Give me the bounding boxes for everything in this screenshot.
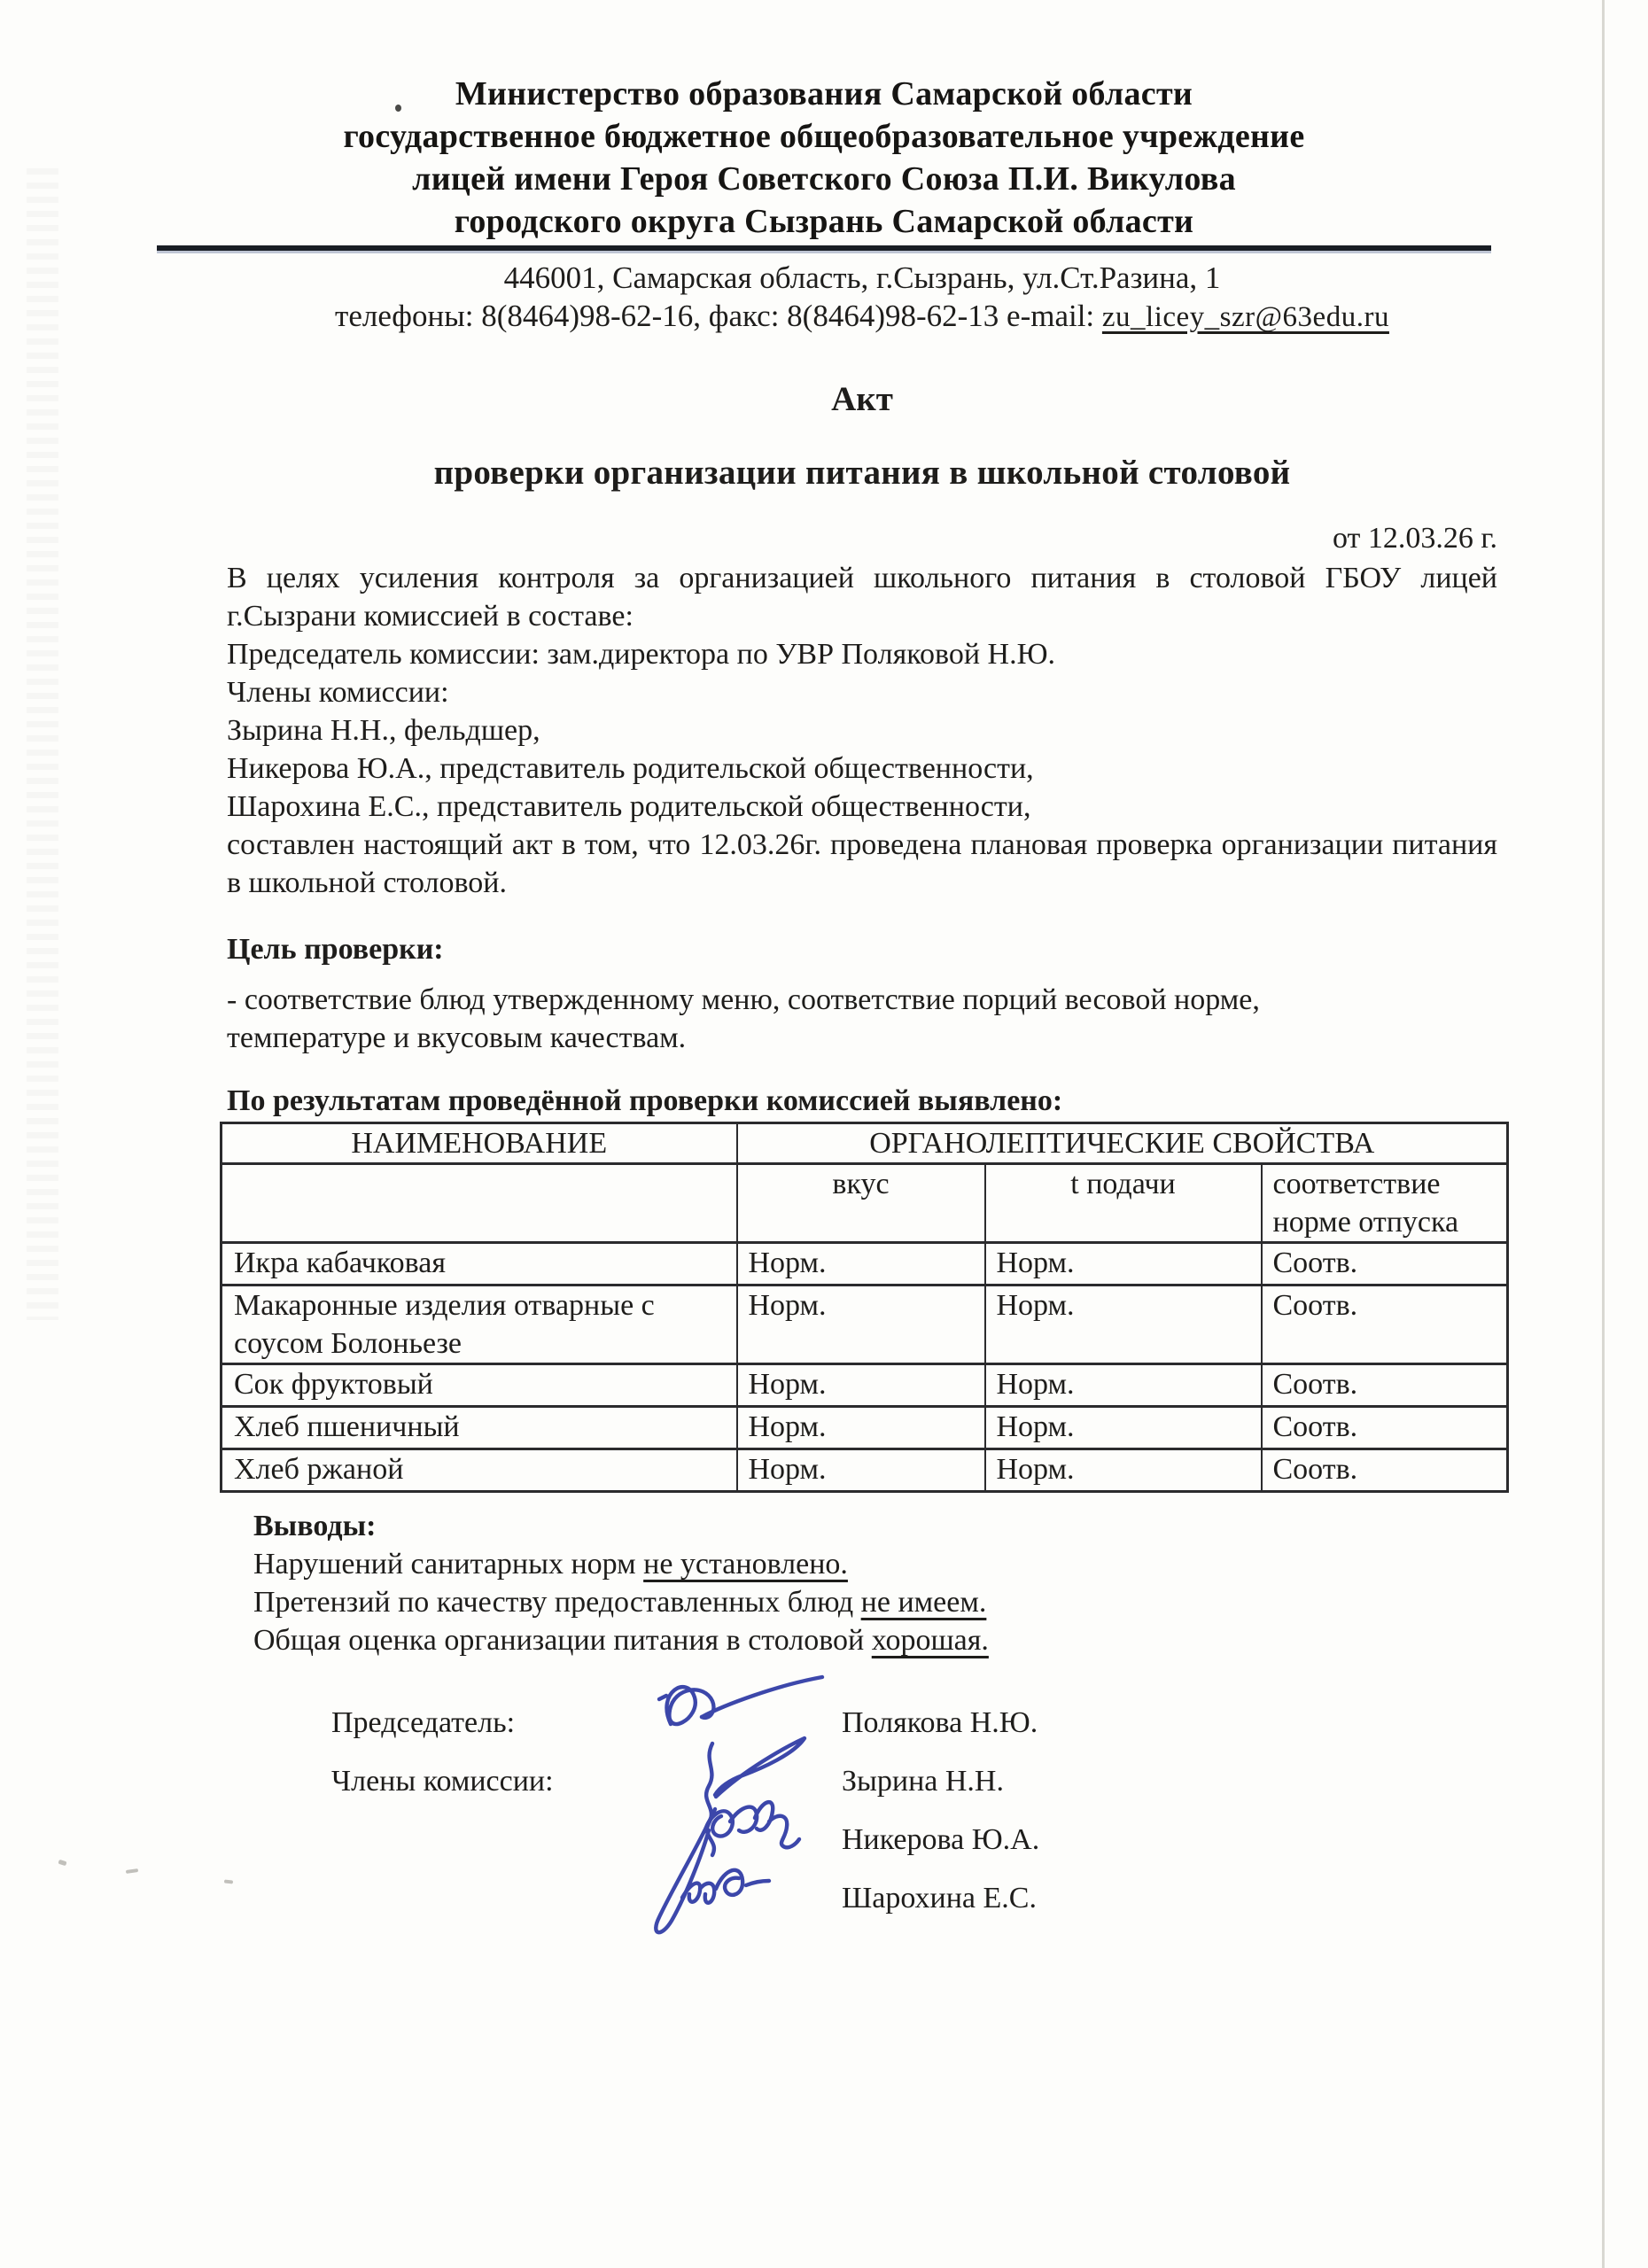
dish-name-cell: Макаронные изделия отварные с соусом Бол… xyxy=(222,1285,737,1364)
conclusions-heading: Выводы: xyxy=(253,1507,1497,1545)
signer-name: Шарохина Е.С. xyxy=(842,1879,1037,1917)
results-table: НАИМЕНОВАНИЕ ОРГАНОЛЕПТИЧЕСКИЕ СВОЙСТВА … xyxy=(220,1122,1509,1493)
intro-line: Члены комиссии: xyxy=(227,673,1497,711)
signer-name: Полякова Н.Ю. xyxy=(842,1704,1038,1742)
scan-smudge xyxy=(27,168,58,1320)
intro-line: В целях усиления контроля за организацие… xyxy=(227,559,1497,635)
conclusion-underlined: хорошая. xyxy=(872,1624,989,1657)
taste-cell: Норм. xyxy=(737,1449,985,1492)
conclusion-underlined: не установлено. xyxy=(643,1548,848,1581)
organization-name-block: Министерство образования Самарской облас… xyxy=(157,0,1491,243)
conclusion-text: Претензий по качеству предоставленных бл… xyxy=(253,1586,861,1619)
goal-line: температуре и вкусовым качествам. xyxy=(227,1019,1497,1057)
org-line: Министерство образования Самарской облас… xyxy=(157,73,1491,115)
portion-cell: Соотв. xyxy=(1262,1449,1508,1492)
subheader-temp: t подачи xyxy=(985,1164,1262,1243)
org-line: государственное бюджетное общеобразовате… xyxy=(157,115,1491,158)
scanned-document-page: Министерство образования Самарской облас… xyxy=(0,0,1648,2268)
conclusion-underlined: не имеем. xyxy=(861,1586,987,1619)
conclusion-line: Претензий по качеству предоставленных бл… xyxy=(253,1583,1497,1621)
org-line: лицей имени Героя Советского Союза П.И. … xyxy=(157,158,1491,200)
document-body: 446001, Самарская область, г.Сызрань, ул… xyxy=(227,259,1497,1927)
dish-name-cell: Сок фруктовый xyxy=(222,1364,737,1407)
document-subtitle: проверки организации питания в школьной … xyxy=(227,452,1497,494)
intro-line: Никерова Ю.А., представитель родительско… xyxy=(227,750,1497,788)
dish-name-cell: Хлеб пшеничный xyxy=(222,1407,737,1449)
intro-line: Шарохина Е.С., представитель родительско… xyxy=(227,788,1497,826)
email-text: zu_licey_szr@63edu.ru xyxy=(1102,301,1389,333)
goal-heading: Цель проверки: xyxy=(227,930,1497,968)
intro-section: В целях усиления контроля за организацие… xyxy=(227,559,1497,902)
portion-cell: Соотв. xyxy=(1262,1407,1508,1449)
signer-name: Никерова Ю.А. xyxy=(842,1821,1039,1859)
conclusions-section: Выводы: Нарушений санитарных норм не уст… xyxy=(227,1507,1497,1659)
role-label: Председатель: xyxy=(331,1704,668,1742)
scan-speck xyxy=(58,1860,66,1867)
portion-cell: Соотв. xyxy=(1262,1243,1508,1285)
conclusion-line: Нарушений санитарных норм не установлено… xyxy=(253,1545,1497,1583)
temp-cell: Норм. xyxy=(985,1449,1262,1492)
signer-name: Зырина Н.Н. xyxy=(842,1762,1004,1800)
phones-text: телефоны: 8(8464)98-62-16, факс: 8(8464)… xyxy=(335,299,1102,333)
subheader-taste: вкус xyxy=(737,1164,985,1243)
taste-cell: Норм. xyxy=(737,1243,985,1285)
intro-line: Зырина Н.Н., фельдшер, xyxy=(227,711,1497,750)
portion-cell: Соотв. xyxy=(1262,1285,1508,1364)
table-header-row: НАИМЕНОВАНИЕ ОРГАНОЛЕПТИЧЕСКИЕ СВОЙСТВА xyxy=(222,1123,1508,1164)
table-row: Сок фруктовый Норм. Норм. Соотв. xyxy=(222,1364,1508,1407)
column-group-header: ОРГАНОЛЕПТИЧЕСКИЕ СВОЙСТВА xyxy=(737,1123,1508,1164)
table-row: Макаронные изделия отварные с соусом Бол… xyxy=(222,1285,1508,1364)
results-heading: По результатам проведённой проверки коми… xyxy=(227,1082,1497,1120)
document-title: Акт xyxy=(227,378,1497,421)
table-row: Хлеб пшеничный Норм. Норм. Соотв. xyxy=(222,1407,1508,1449)
table-subheader-row: вкус t подачи соответствие норме отпуска xyxy=(222,1164,1508,1243)
scan-speck xyxy=(395,105,401,112)
role-label: Члены комиссии: xyxy=(331,1762,668,1800)
temp-cell: Норм. xyxy=(985,1364,1262,1407)
portion-cell: Соотв. xyxy=(1262,1364,1508,1407)
scan-speck xyxy=(126,1868,138,1874)
signature-row: Председатель: Полякова Н.Ю. xyxy=(227,1693,1497,1751)
org-line: городского округа Сызрань Самарской обла… xyxy=(157,200,1491,243)
dish-name-cell: Хлеб ржаной xyxy=(222,1449,737,1492)
temp-cell: Норм. xyxy=(985,1407,1262,1449)
phones-line: телефоны: 8(8464)98-62-16, факс: 8(8464)… xyxy=(227,297,1497,337)
taste-cell: Норм. xyxy=(737,1407,985,1449)
goal-section: - соответствие блюд утвержденному меню, … xyxy=(227,981,1497,1057)
signatures-section: Председатель: Полякова Н.Ю. Члены комисс… xyxy=(227,1693,1497,1927)
letterhead-divider xyxy=(157,245,1491,251)
signature-row: Никерова Ю.А. xyxy=(227,1810,1497,1868)
temp-cell: Норм. xyxy=(985,1285,1262,1364)
signature-row: Шарохина Е.С. xyxy=(227,1868,1497,1927)
dish-name-cell: Икра кабачковая xyxy=(222,1243,737,1285)
intro-line: составлен настоящий акт в том, что 12.03… xyxy=(227,826,1497,902)
letterhead: Министерство образования Самарской облас… xyxy=(157,0,1491,251)
empty-cell xyxy=(222,1164,737,1243)
column-header-name: НАИМЕНОВАНИЕ xyxy=(222,1123,737,1164)
goal-line: - соответствие блюд утвержденному меню, … xyxy=(227,981,1497,1019)
temp-cell: Норм. xyxy=(985,1243,1262,1285)
subheader-portion: соответствие норме отпуска xyxy=(1262,1164,1508,1243)
table-row: Хлеб ржаной Норм. Норм. Соотв. xyxy=(222,1449,1508,1492)
scan-edge-line xyxy=(1602,0,1605,2268)
taste-cell: Норм. xyxy=(737,1285,985,1364)
taste-cell: Норм. xyxy=(737,1364,985,1407)
table-row: Икра кабачковая Норм. Норм. Соотв. xyxy=(222,1243,1508,1285)
intro-line: Председатель комиссии: зам.директора по … xyxy=(227,635,1497,673)
signature-row: Члены комиссии: Зырина Н.Н. xyxy=(227,1751,1497,1810)
document-date: от 12.03.26 г. xyxy=(227,519,1497,557)
conclusion-text: Нарушений санитарных норм xyxy=(253,1548,643,1581)
conclusion-line: Общая оценка организации питания в столо… xyxy=(253,1621,1497,1659)
conclusion-text: Общая оценка организации питания в столо… xyxy=(253,1624,872,1657)
address-line: 446001, Самарская область, г.Сызрань, ул… xyxy=(227,259,1497,297)
contact-block: 446001, Самарская область, г.Сызрань, ул… xyxy=(227,259,1497,337)
